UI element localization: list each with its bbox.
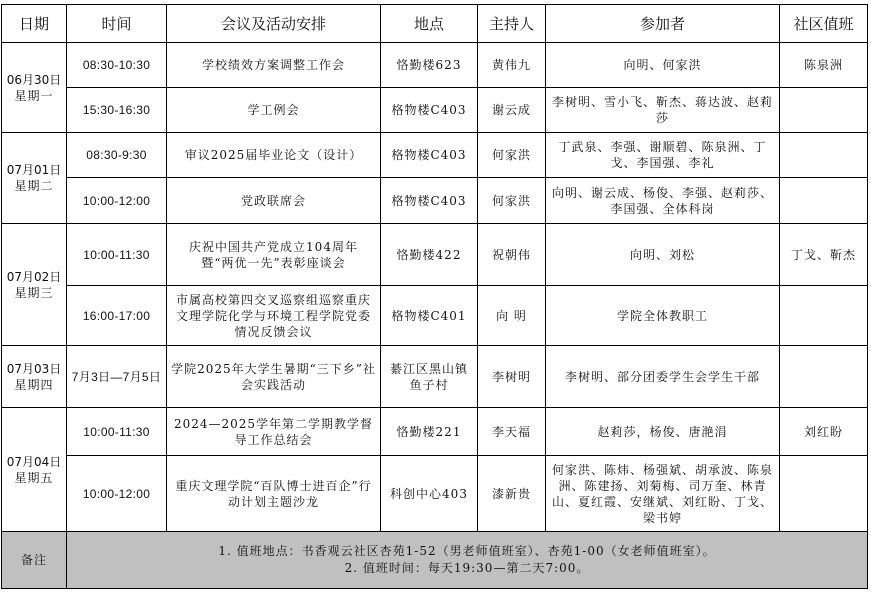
event-cell: 审议2025届毕业论文（设计） — [167, 133, 381, 178]
date-cell: 07月01日 星期二 — [2, 133, 67, 224]
remark-body: 1. 值班地点：书香观云社区杏苑1-52（男老师值班室）、杏苑1-00（女老师值… — [67, 532, 868, 589]
duty-cell — [780, 286, 868, 346]
schedule-table: 日期 时间 会议及活动安排 地点 主持人 参加者 社区值班 06月30日 星期一… — [1, 4, 868, 589]
weekday-text: 星期三 — [6, 285, 62, 301]
location-cell: 格物楼C401 — [381, 286, 478, 346]
duty-cell — [780, 178, 868, 224]
table-row: 07月04日 星期五 10:00-11:30 2024—2025学年第二学期教学… — [2, 408, 868, 456]
time-cell: 15:30-16:30 — [67, 88, 167, 133]
host-cell: 黄伟九 — [478, 43, 546, 88]
time-cell: 10:00-11:30 — [67, 408, 167, 456]
location-cell: 恪勤楼422 — [381, 224, 478, 286]
date-text: 07月04日 — [6, 454, 62, 470]
date-cell: 07月02日 星期三 — [2, 224, 67, 346]
attendees-cell: 向明、刘松 — [546, 224, 780, 286]
time-cell: 08:30-10:30 — [67, 43, 167, 88]
weekday-text: 星期二 — [6, 178, 62, 194]
remark-line: 1. 值班地点：书香观云社区杏苑1-52（男老师值班室）、杏苑1-00（女老师值… — [71, 543, 863, 560]
date-cell: 06月30日 星期一 — [2, 43, 67, 133]
host-cell: 谢云成 — [478, 88, 546, 133]
date-cell: 07月04日 星期五 — [2, 408, 67, 532]
host-cell: 向 明 — [478, 286, 546, 346]
weekday-text: 星期五 — [6, 470, 62, 486]
host-cell: 漆新贵 — [478, 456, 546, 532]
location-cell: 科创中心403 — [381, 456, 478, 532]
location-cell: 格物楼C403 — [381, 133, 478, 178]
header-host: 主持人 — [478, 5, 546, 43]
event-cell: 学院2025年大学生暑期“三下乡”社会实践活动 — [167, 346, 381, 408]
attendees-cell: 向明、谢云成、杨俊、李强、赵莉莎、李国强、全体科岗 — [546, 178, 780, 224]
header-duty: 社区值班 — [780, 5, 868, 43]
header-event: 会议及活动安排 — [167, 5, 381, 43]
time-cell: 10:00-11:30 — [67, 224, 167, 286]
event-cell: 2024—2025学年第二学期教学督导工作总结会 — [167, 408, 381, 456]
table-row: 06月30日 星期一 08:30-10:30 学校绩效方案调整工作会 恪勤楼62… — [2, 43, 868, 88]
location-cell: 恪勤楼623 — [381, 43, 478, 88]
host-cell: 何家洪 — [478, 133, 546, 178]
event-cell: 党政联席会 — [167, 178, 381, 224]
date-cell: 07月03日 星期四 — [2, 346, 67, 408]
event-cell: 学工例会 — [167, 88, 381, 133]
table-row: 07月02日 星期三 10:00-11:30 庆祝中国共产党成立104周年 暨“… — [2, 224, 868, 286]
host-cell: 祝朝伟 — [478, 224, 546, 286]
duty-cell: 刘红盼 — [780, 408, 868, 456]
time-cell: 10:00-12:00 — [67, 178, 167, 224]
event-cell: 学校绩效方案调整工作会 — [167, 43, 381, 88]
duty-cell — [780, 133, 868, 178]
duty-cell — [780, 456, 868, 532]
time-cell: 16:00-17:00 — [67, 286, 167, 346]
remark-row: 备注 1. 值班地点：书香观云社区杏苑1-52（男老师值班室）、杏苑1-00（女… — [2, 532, 868, 589]
table-row: 16:00-17:00 市属高校第四交叉巡察组巡察重庆文理学院化学与环境工程学院… — [2, 286, 868, 346]
location-cell: 恪勤楼221 — [381, 408, 478, 456]
duty-cell: 陈泉洲 — [780, 43, 868, 88]
table-row: 07月01日 星期二 08:30-9:30 审议2025届毕业论文（设计） 格物… — [2, 133, 868, 178]
date-text: 07月03日 — [6, 361, 62, 377]
table-row: 15:30-16:30 学工例会 格物楼C403 谢云成 李树明、雪小飞、靳杰、… — [2, 88, 868, 133]
date-text: 06月30日 — [6, 72, 62, 88]
attendees-cell: 何家洪、陈炜、杨强斌、胡承波、陈泉洲、陈建扬、刘菊梅、司万奎、林青山、夏红霞、安… — [546, 456, 780, 532]
header-date: 日期 — [2, 5, 67, 43]
host-cell: 李天福 — [478, 408, 546, 456]
location-cell: 格物楼C403 — [381, 178, 478, 224]
table-row: 10:00-12:00 党政联席会 格物楼C403 何家洪 向明、谢云成、杨俊、… — [2, 178, 868, 224]
remark-label: 备注 — [2, 532, 67, 589]
attendees-cell: 李树明、部分团委学生会学生干部 — [546, 346, 780, 408]
attendees-cell: 李树明、雪小飞、靳杰、蒋达波、赵莉莎 — [546, 88, 780, 133]
weekday-text: 星期四 — [6, 377, 62, 393]
header-location: 地点 — [381, 5, 478, 43]
duty-cell — [780, 346, 868, 408]
duty-cell: 丁戈、靳杰 — [780, 224, 868, 286]
location-cell: 格物楼C403 — [381, 88, 478, 133]
event-cell: 市属高校第四交叉巡察组巡察重庆文理学院化学与环境工程学院党委情况反馈会议 — [167, 286, 381, 346]
date-text: 07月01日 — [6, 162, 62, 178]
date-text: 07月02日 — [6, 269, 62, 285]
event-cell: 庆祝中国共产党成立104周年 暨“两优一先”表彰座谈会 — [167, 224, 381, 286]
attendees-cell: 赵莉莎，杨俊、唐滟涓 — [546, 408, 780, 456]
remark-line: 2. 值班时间：每天19:30—第二天7:00。 — [71, 560, 863, 577]
location-cell: 綦江区黑山镇鱼子村 — [381, 346, 478, 408]
header-attendees: 参加者 — [546, 5, 780, 43]
attendees-cell: 向明、何家洪 — [546, 43, 780, 88]
time-cell: 7月3日—7月5日 — [67, 346, 167, 408]
header-row: 日期 时间 会议及活动安排 地点 主持人 参加者 社区值班 — [2, 5, 868, 43]
header-time: 时间 — [67, 5, 167, 43]
duty-cell — [780, 88, 868, 133]
event-cell: 重庆文理学院“百队博士进百企”行动计划主题沙龙 — [167, 456, 381, 532]
attendees-cell: 学院全体教职工 — [546, 286, 780, 346]
time-cell: 08:30-9:30 — [67, 133, 167, 178]
table-row: 07月03日 星期四 7月3日—7月5日 学院2025年大学生暑期“三下乡”社会… — [2, 346, 868, 408]
weekday-text: 星期一 — [6, 88, 62, 104]
attendees-cell: 丁武泉、李强、谢顺碧、陈泉洲、丁戈、李国强、李礼 — [546, 133, 780, 178]
table-row: 10:00-12:00 重庆文理学院“百队博士进百企”行动计划主题沙龙 科创中心… — [2, 456, 868, 532]
host-cell: 何家洪 — [478, 178, 546, 224]
host-cell: 李树明 — [478, 346, 546, 408]
time-cell: 10:00-12:00 — [67, 456, 167, 532]
